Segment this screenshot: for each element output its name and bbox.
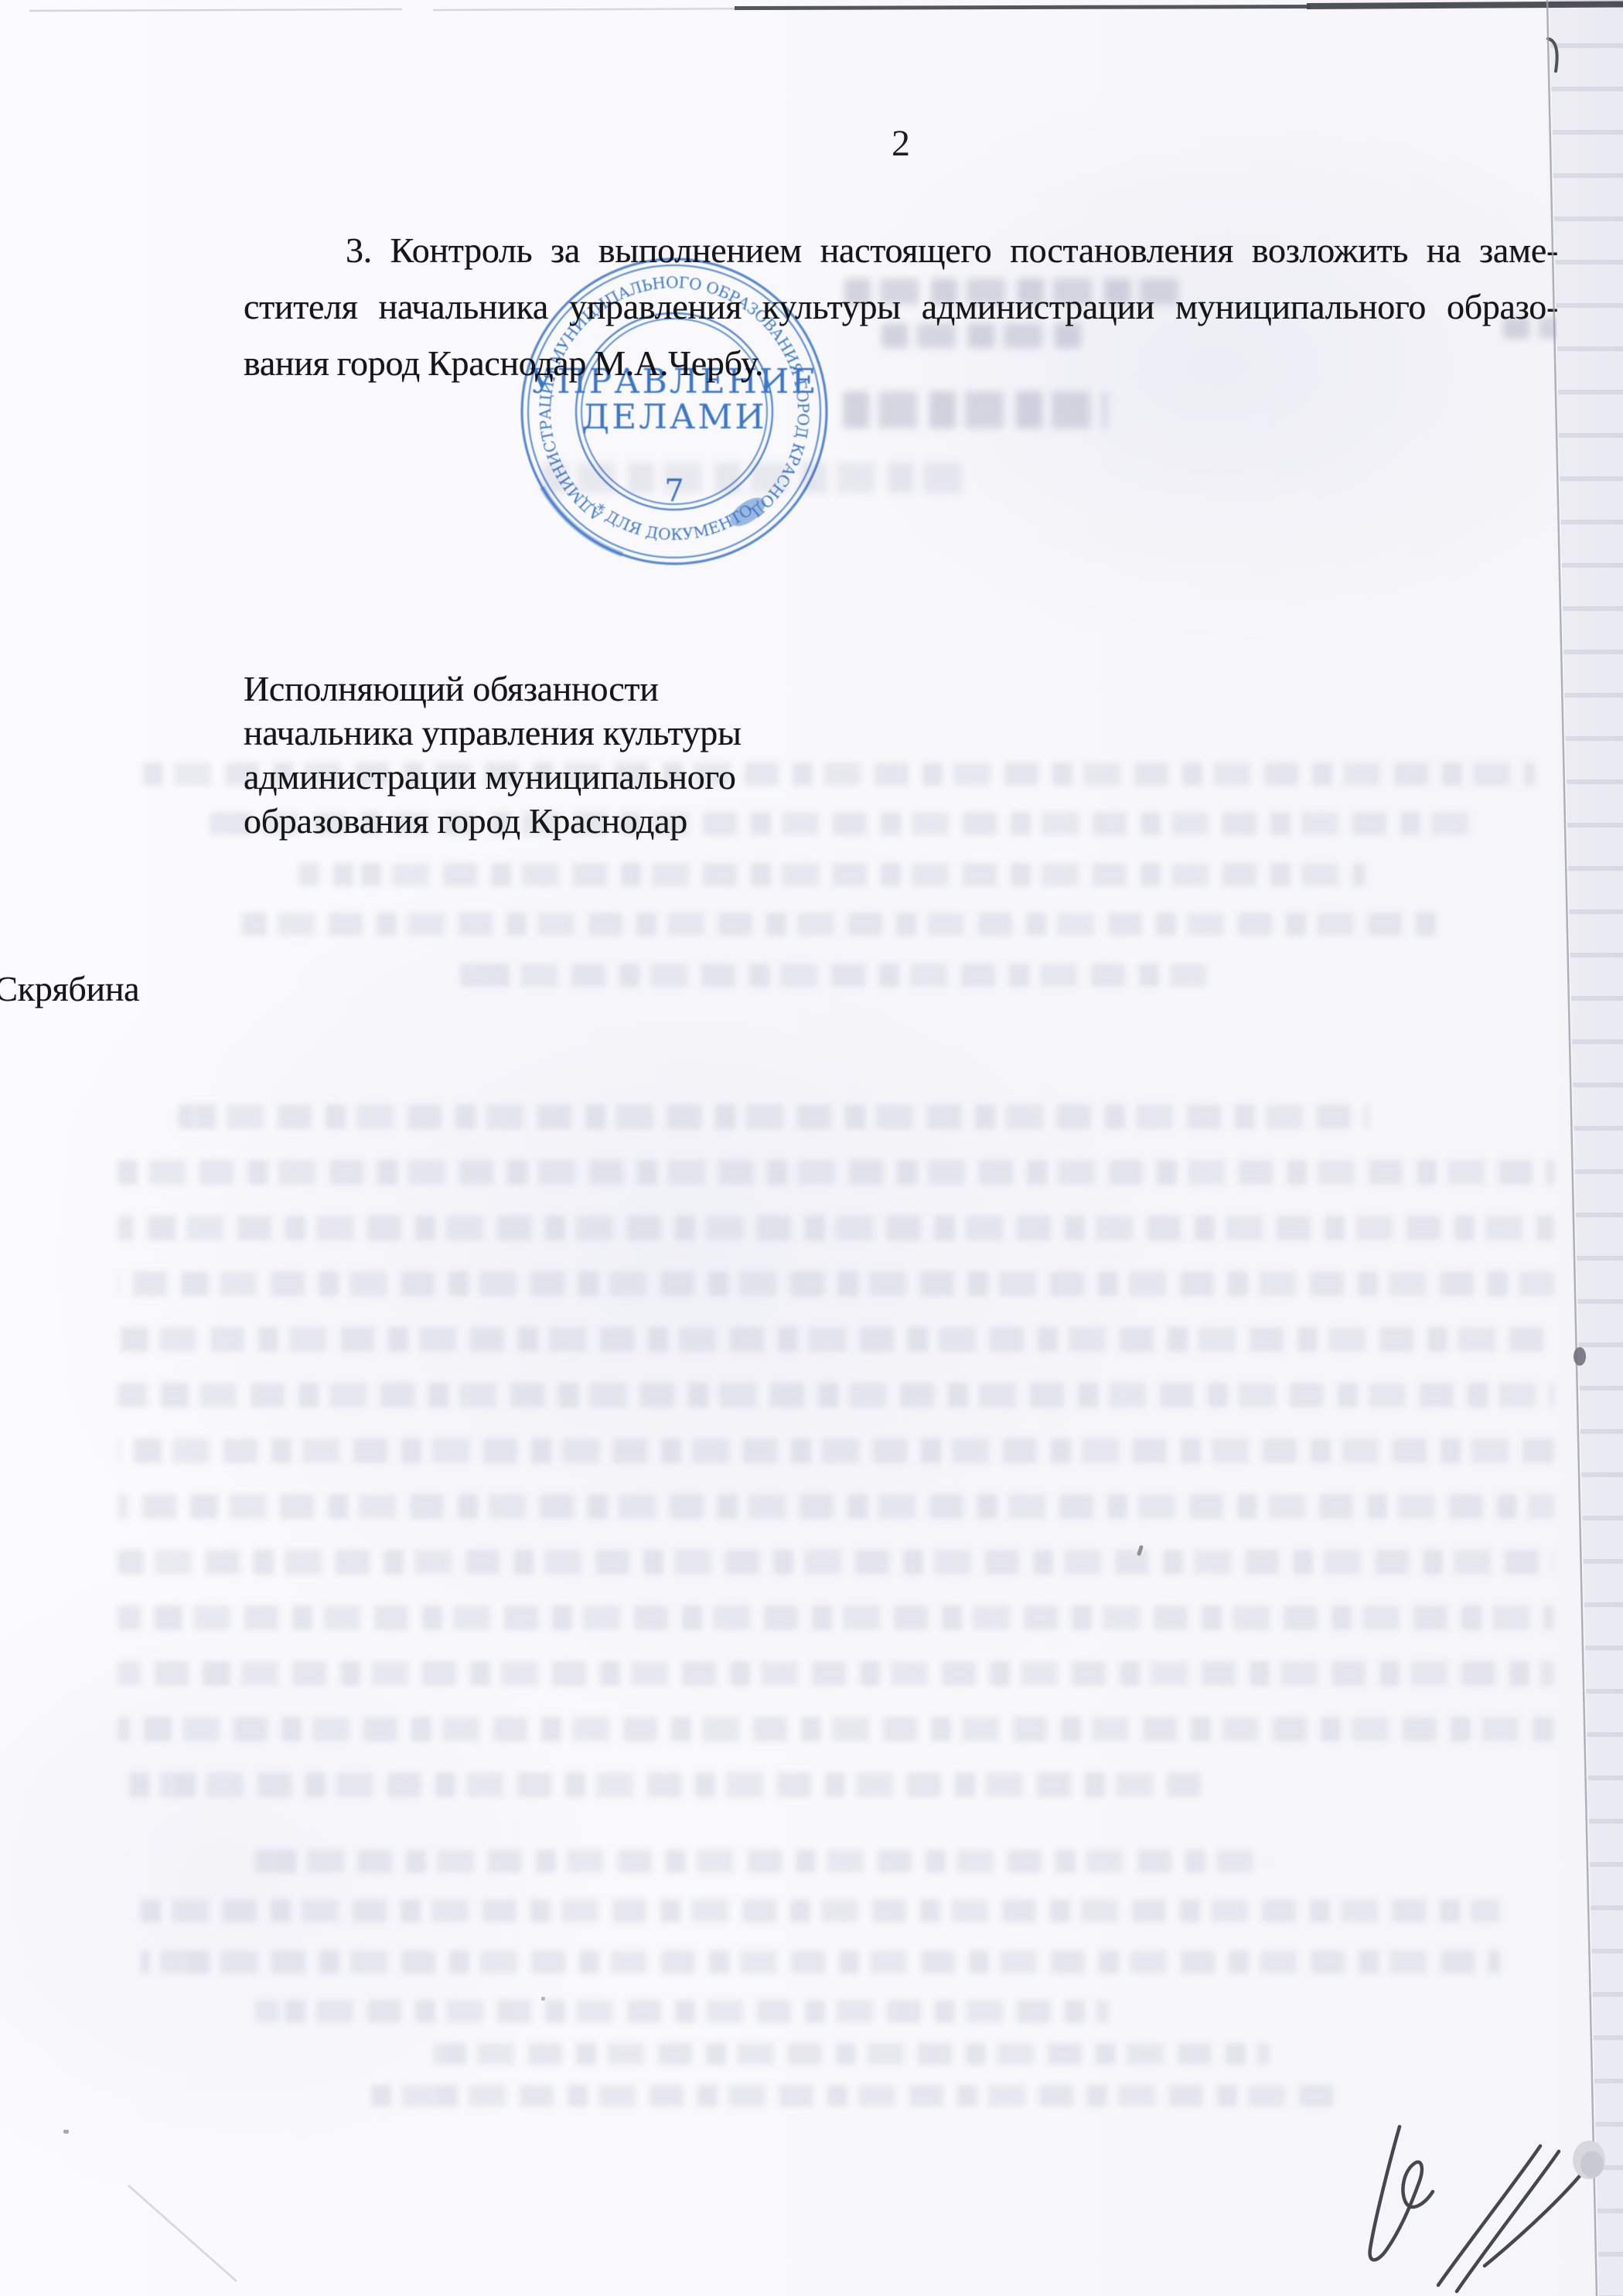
signature-title-line: начальника управления культуры [244,711,1094,755]
bleed-through-line [118,1717,1554,1742]
page-number: 2 [804,122,997,165]
speck [541,1997,545,2001]
signature-title-line: образования город Краснодар [244,799,1094,843]
stamp-number: 7 [664,473,684,509]
signature-title-line: Исполняющий обязанности [244,667,1094,711]
bleed-through-line [118,1772,1203,1797]
bleed-through-line [118,1327,1554,1352]
bleed-through-line [232,913,1438,936]
bleed-through-line [118,1494,1554,1519]
bleed-through-line [178,1104,1369,1129]
bleed-through-line [141,1899,1500,1922]
scanned-document-page: 2 3. Контроль за выполнением настоящего … [0,0,1623,2296]
handwritten-signature [1330,2103,1608,2296]
stamp-center-text-line1: УПРАВЛЕНИЕ [530,362,818,401]
paragraph-line: стителя начальника управления культуры а… [244,278,1558,335]
official-stamp: АДМИНИСТРАЦИЯ МУНИЦИПАЛЬНОГО ОБРАЗОВАНИЯ… [504,241,844,582]
signatory-name: И.Г.Скрябина [0,968,1558,1009]
paper-crease [128,2185,237,2281]
bleed-through-line [118,1605,1554,1630]
scan-top-edge [29,9,402,11]
bleed-through-line [370,2085,1345,2107]
paragraph-line: 3. Контроль за выполнением настоящего по… [244,222,1558,278]
bleed-through-line [141,1950,1500,1974]
signature-title-line: администрации муниципального [244,755,1094,799]
stamp-center-text-line2: ДЕЛАМИ [581,397,766,437]
bleed-through-line [118,1271,1554,1296]
paragraph-line: вания город Краснодар М.А.Чербу. [244,335,1558,391]
bleed-through-line [118,1160,1554,1185]
speck [63,2130,69,2134]
page-edge-strip [1548,0,1623,2296]
bleed-through-line [433,2043,1270,2065]
bleed-through-line [118,1438,1554,1463]
main-paragraph: 3. Контроль за выполнением настоящего по… [244,222,1558,391]
bleed-through-line [298,863,1366,886]
bleed-through-line [843,391,1107,428]
bleed-through-line [255,2000,1109,2023]
bleed-through-line [255,1850,1268,1873]
bleed-through-line [118,1383,1554,1407]
bleed-through-line [118,1550,1554,1574]
bleed-through-line [118,1661,1554,1686]
bleed-through-line [118,1216,1554,1240]
signature-title-block: Исполняющий обязанности начальника управ… [244,667,1094,843]
